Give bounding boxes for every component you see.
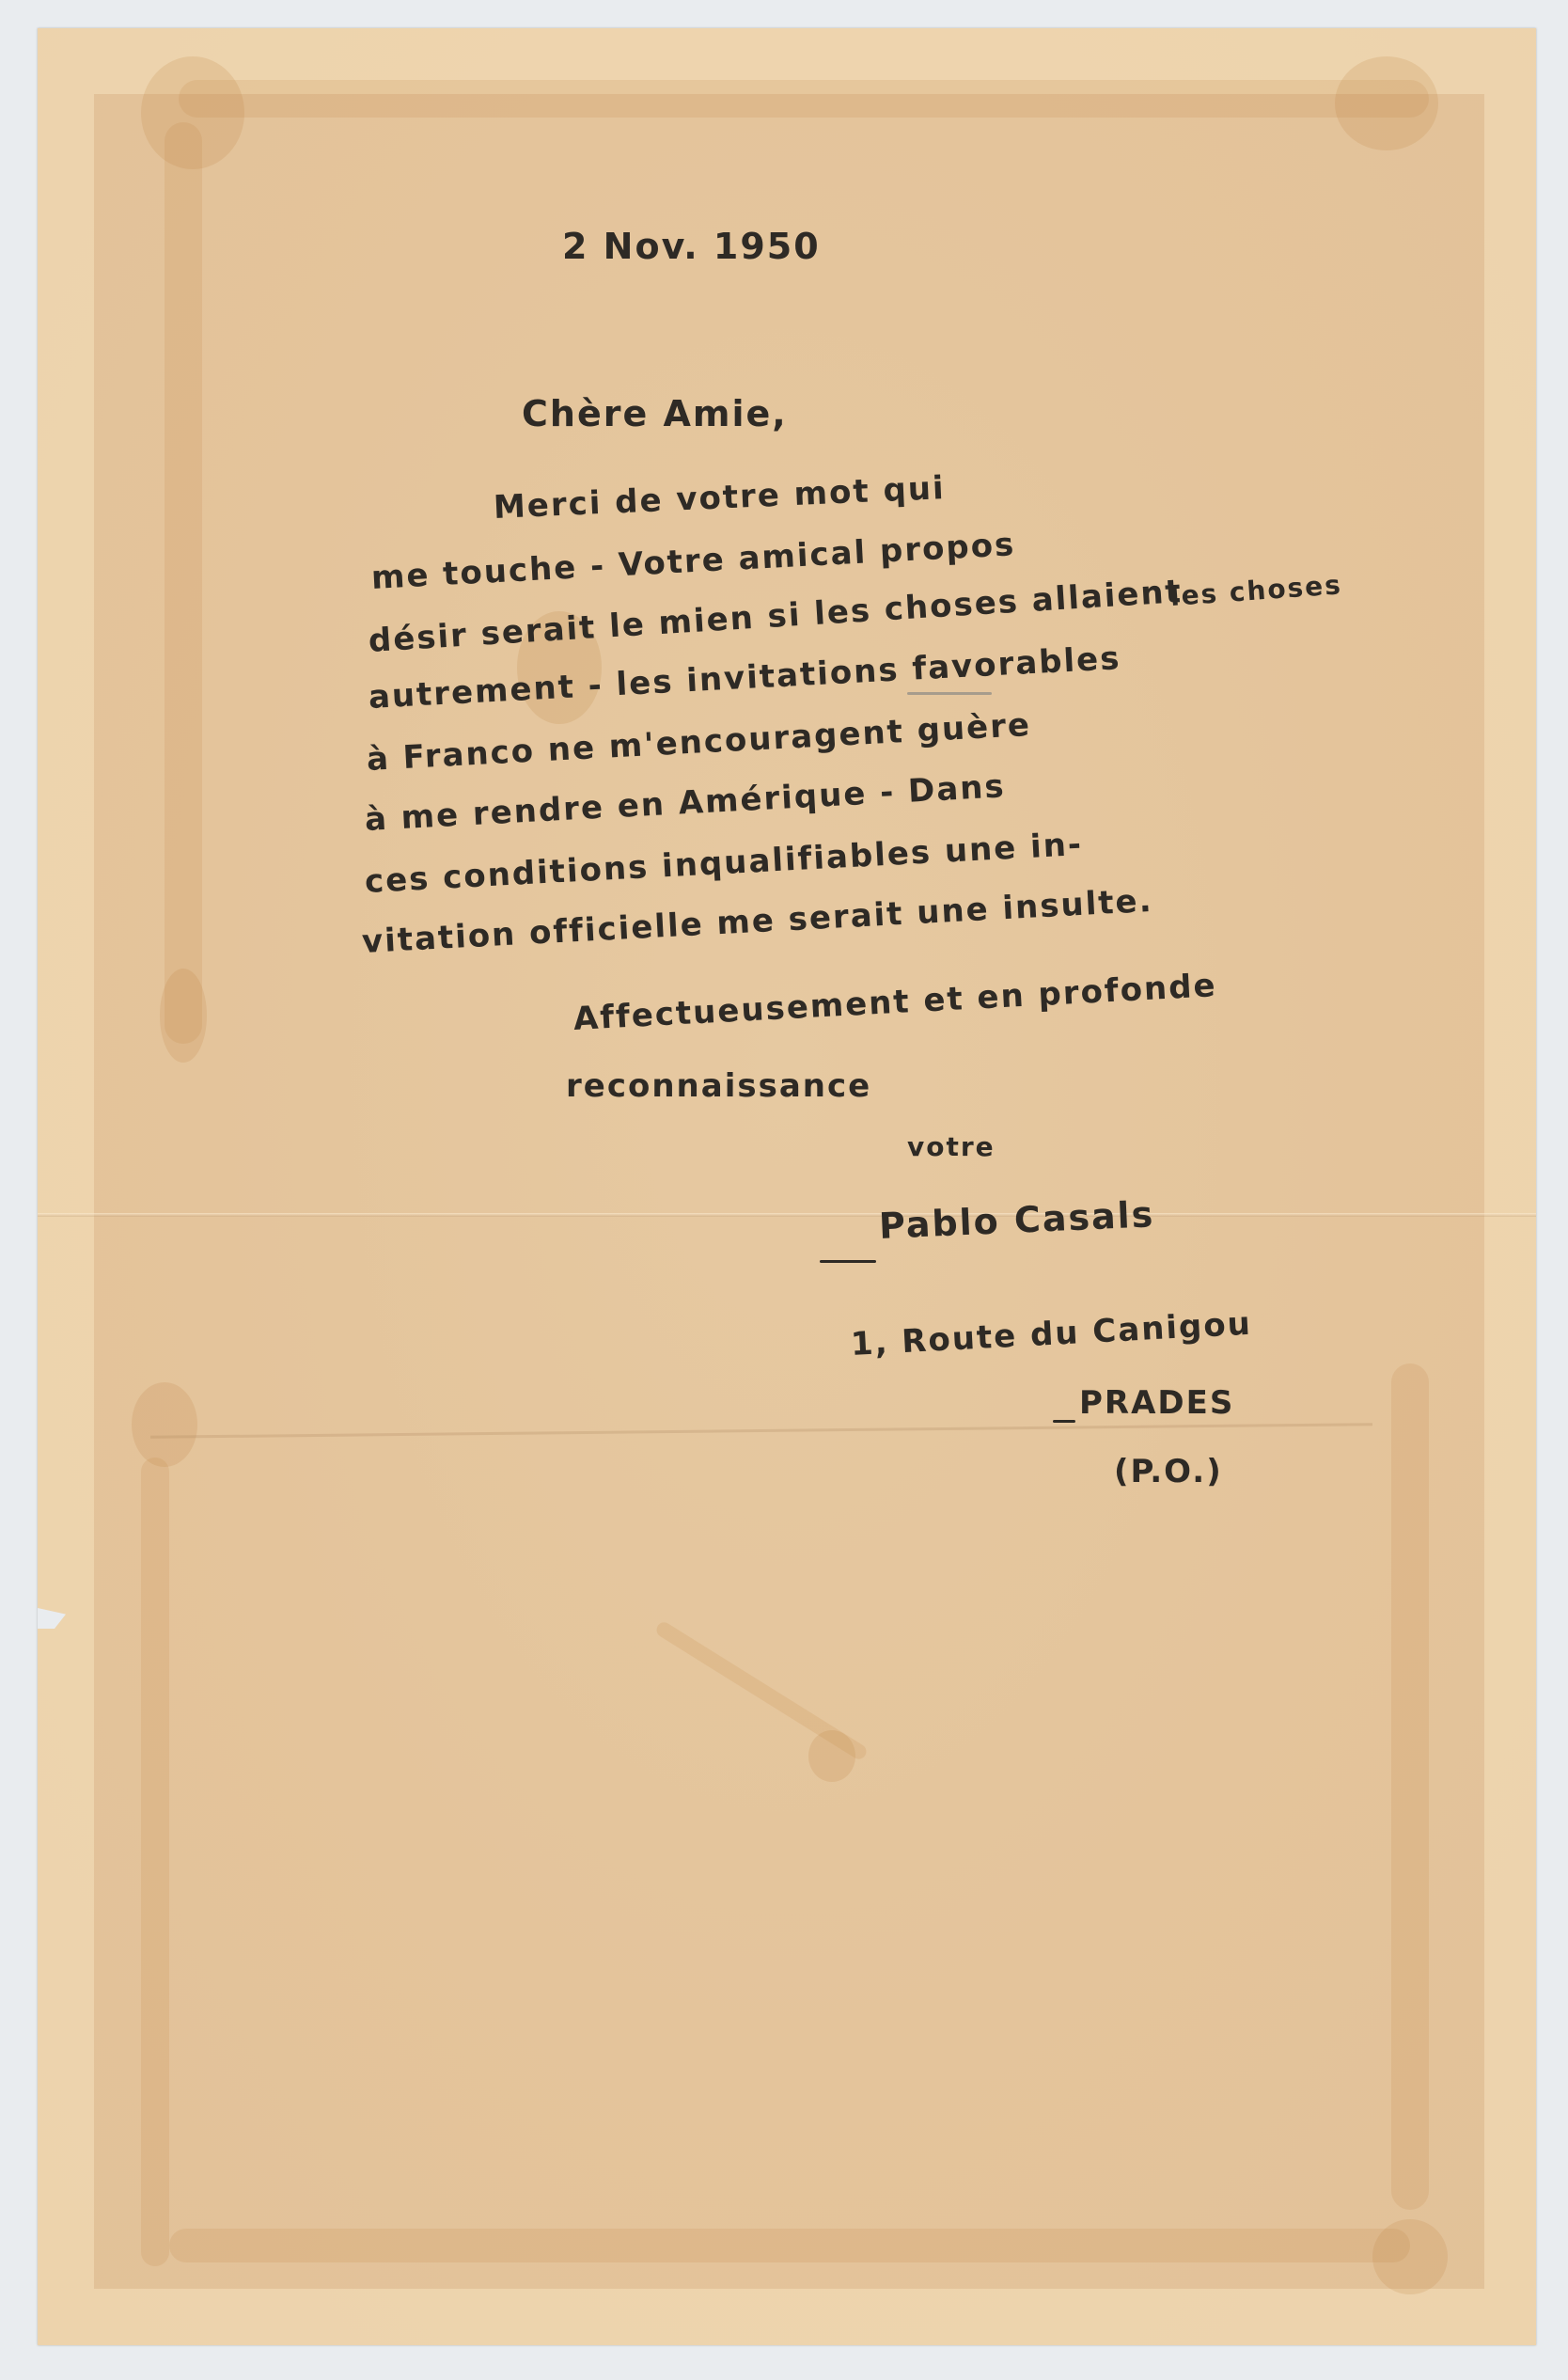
signature-dash	[820, 1260, 876, 1263]
paper-rim	[38, 28, 1536, 2345]
stain-lower-left-vertical	[141, 1458, 169, 2266]
stain-left-drop	[160, 969, 207, 1063]
fold-line	[38, 1213, 1536, 1217]
stain-bottom-horizontal	[169, 2229, 1410, 2262]
letter-salutation: Chère Amie,	[522, 393, 788, 434]
stain-left-fold	[132, 1382, 197, 1467]
stain-bottom-right	[1372, 2219, 1448, 2294]
letter-paper	[38, 28, 1536, 2345]
address-line-3: (P.O.)	[1114, 1453, 1223, 1490]
stain-top-horizontal	[179, 80, 1429, 118]
stain-top-right	[1335, 56, 1438, 150]
pencil-underline-invitations	[907, 692, 992, 695]
letter-date: 2 Nov. 1950	[562, 226, 821, 267]
letter-closing-line-2: reconnaissance	[566, 1067, 871, 1105]
stain-drip-end	[808, 1730, 855, 1782]
address-line-2: PRADES	[1079, 1384, 1234, 1422]
stain-left-vertical	[165, 122, 202, 1044]
prades-dash	[1053, 1420, 1075, 1423]
letter-valediction: votre	[907, 1131, 996, 1162]
stain-right-vertical	[1391, 1363, 1429, 2210]
paper-crease	[150, 1423, 1372, 1439]
